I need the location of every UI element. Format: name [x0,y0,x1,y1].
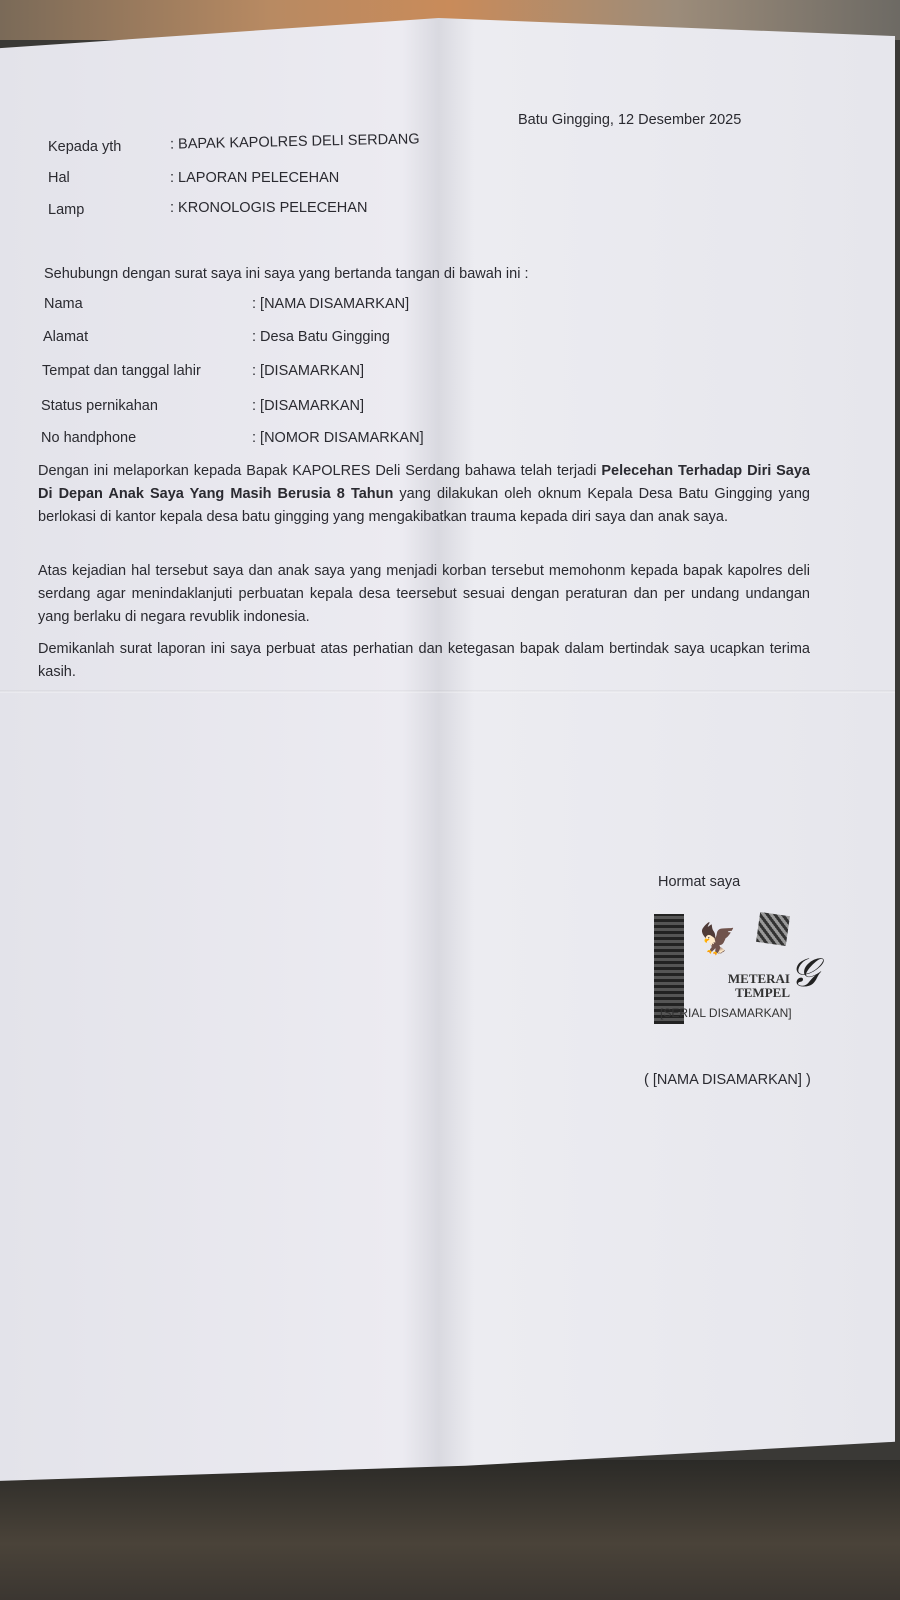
place-date: Batu Gingging, 12 Desember 2025 [518,112,741,128]
header-value-recipient: : BAPAK KAPOLRES DELI SERDANG [170,131,420,152]
identity-value-address: : Desa Batu Gingging [252,329,390,345]
paragraph-report: Dengan ini melaporkan kepada Bapak KAPOL… [38,460,810,529]
identity-value-birth: : [DISAMARKAN] [252,363,364,379]
identity-label-phone: No handphone [41,430,136,446]
identity-label-marital: Status pernikahan [41,398,158,414]
header-label-subject: Hal [48,170,70,186]
header-value-attachment: : KRONOLOGIS PELECEHAN [170,200,367,216]
paragraph-closing: Demikanlah surat laporan ini saya perbua… [38,638,810,684]
letter: Batu Gingging, 12 Desember 2025 Kepada y… [0,0,900,1600]
header-label-attachment: Lamp [48,202,84,218]
identity-label-name: Nama [44,296,83,312]
stamp-serial: [SERIAL DISAMARKAN] [660,1006,792,1020]
stamp-label: METERAI TEMPEL [724,972,790,1000]
header-value-subject: : LAPORAN PELECEHAN [170,170,339,186]
materai-stamp-icon: 🦅 METERAI TEMPEL [SERIAL DISAMARKAN] [654,914,804,1024]
identity-value-marital: : [DISAMARKAN] [252,398,364,414]
header-label-recipient: Kepada yth [48,139,121,155]
identity-label-address: Alamat [43,329,88,345]
intro-line: Sehubungn dengan surat saya ini saya yan… [44,266,529,282]
paragraph-report-lead: Dengan ini melaporkan kepada Bapak KAPOL… [38,463,601,479]
handwritten-signature-icon: 𝒢 [790,950,850,1040]
signer-name: ( [NAMA DISAMARKAN] ) [644,1072,811,1088]
identity-label-birth: Tempat dan tanggal lahir [42,363,201,379]
garuda-emblem-icon: 🦅 [698,918,738,962]
closing-salutation: Hormat saya [658,874,740,890]
hologram-icon [756,912,790,946]
paragraph-request: Atas kejadian hal tersebut saya dan anak… [38,560,810,629]
identity-value-phone: : [NOMOR DISAMARKAN] [252,430,424,446]
identity-value-name: : [NAMA DISAMARKAN] [252,296,409,312]
